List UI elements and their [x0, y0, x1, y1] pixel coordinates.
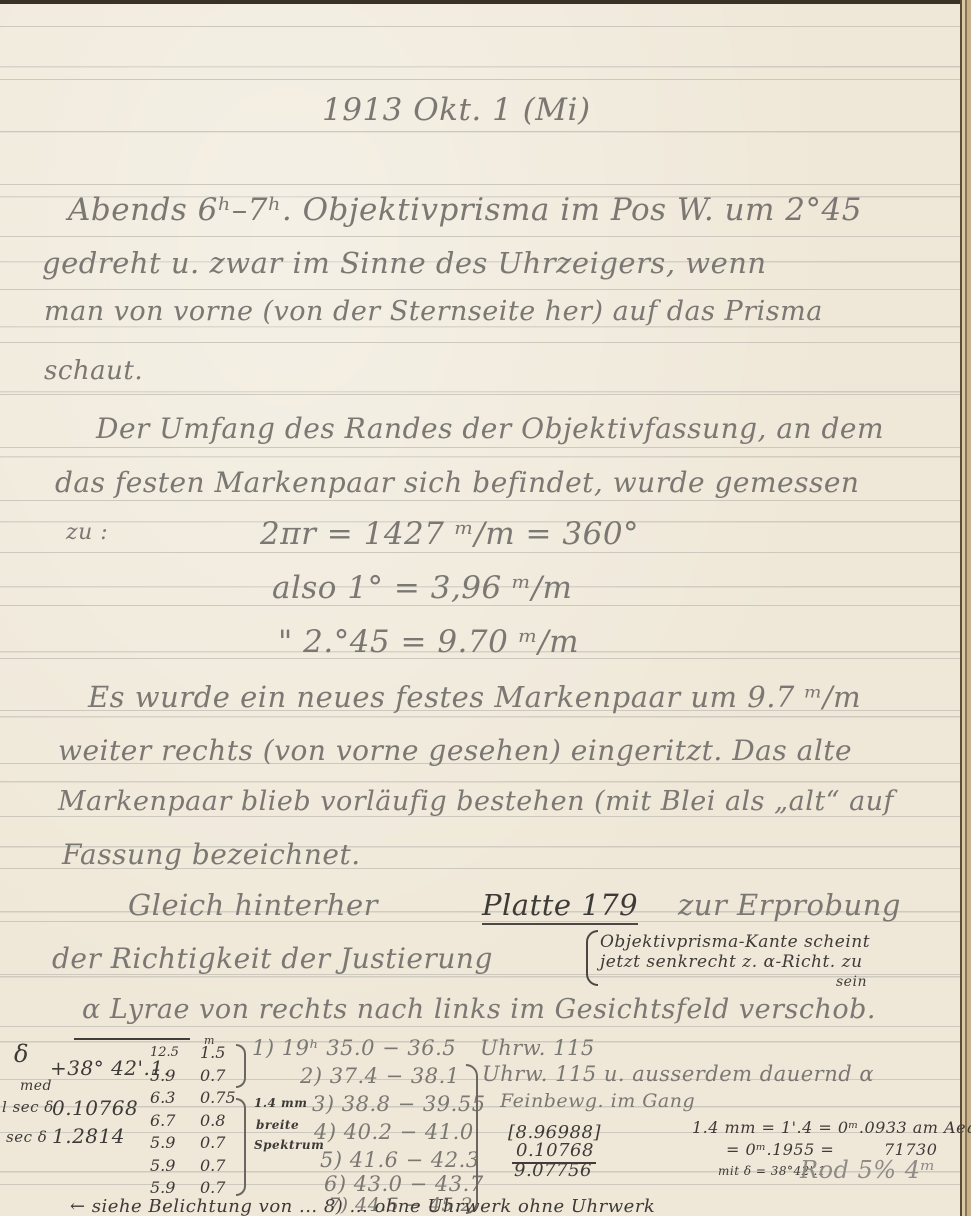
equation-rotation: " 2.°45 = 9.70 ᵐ/m	[278, 624, 579, 660]
p2-line-2: das festen Markenpaar sich befindet, wur…	[55, 466, 859, 499]
col-a-value: 6.3	[150, 1087, 179, 1110]
p3-line-1: Es wurde ein neues festes Markenpaar um …	[88, 680, 861, 714]
ruled-line	[0, 342, 960, 343]
log-sum-3: 9.07756	[514, 1160, 592, 1181]
column-b: 1.5 0.7 0.75 0.8 0.7 0.7 0.7	[200, 1042, 236, 1200]
ruled-line	[0, 552, 960, 553]
spectrum-label-2: breite	[256, 1118, 299, 1132]
col-b-value: 0.7	[200, 1065, 236, 1088]
exposure-4: 4) 40.2 − 41.0	[314, 1120, 474, 1144]
ruled-line	[0, 79, 960, 80]
clock-note-3: Feinbewg. im Gang	[500, 1090, 695, 1112]
sec-label: sec δ	[6, 1128, 47, 1146]
exposure-1: 1) 19ʰ 35.0 − 36.5	[252, 1036, 456, 1060]
ruled-line	[0, 500, 960, 501]
lsec-value: 0.10768	[52, 1096, 138, 1120]
ruled-line	[0, 131, 960, 132]
lsec-label: l sec δ	[2, 1098, 54, 1116]
col-b-value: 0.75	[200, 1087, 236, 1110]
col-a-value: 12.5	[150, 1042, 179, 1065]
p3-line-4: Fassung bezeichnet.	[62, 838, 361, 871]
ruled-line	[0, 394, 960, 395]
separator-line	[74, 1038, 190, 1040]
bottom-line: ← siehe Belichtung von ... 8) ... ohne U…	[70, 1196, 655, 1216]
p4-line-1-suffix: zur Erprobung	[678, 888, 901, 922]
right-calc-5: Rod 5% 4ᵐ	[800, 1156, 936, 1184]
col-a-value: 5.9	[150, 1132, 179, 1155]
side-note-line-3: sein	[836, 974, 867, 990]
ruled-line	[0, 236, 960, 237]
p1-line-3: man von vorne (von der Sternseite her) a…	[44, 296, 823, 327]
side-note-line-1: Objektivprisma-Kante scheint	[600, 932, 870, 952]
p3-line-2: weiter rechts (von vorne gesehen) einger…	[58, 734, 852, 767]
ruled-line	[0, 1026, 960, 1027]
page-binding	[960, 0, 971, 1216]
ruled-line	[0, 184, 960, 185]
plate-number: Platte 179	[482, 888, 638, 925]
ruled-line	[0, 26, 960, 27]
brace-top	[236, 1044, 246, 1088]
exposures-brace	[466, 1064, 478, 1214]
clock-note-1: Uhrw. 115	[480, 1036, 595, 1060]
exposure-2: 2) 37.4 − 38.1	[300, 1064, 460, 1088]
col-a-value: 5.9	[150, 1065, 179, 1088]
col-b-value: 0.7	[200, 1155, 236, 1178]
p2-prefix: zu :	[66, 520, 108, 545]
ruled-line	[0, 289, 960, 290]
col-a-value: 5.9	[150, 1155, 179, 1178]
p3-line-3: Markenpaar blieb vorläufig bestehen (mit…	[58, 786, 894, 817]
col-b-value: 0.7	[200, 1132, 236, 1155]
exposure-6: 6) 43.0 − 43.7	[324, 1172, 484, 1196]
log-sum-2: 0.10768	[516, 1140, 594, 1161]
sec-value: 1.2814	[52, 1124, 125, 1148]
side-note-line-2: jetzt senkrecht z. α-Richt. zu	[600, 952, 863, 972]
p4-line-3: α Lyrae von rechts nach links im Gesicht…	[82, 994, 876, 1025]
p1-line-2: gedreht u. zwar im Sinne des Uhrzeigers,…	[42, 246, 767, 280]
brace-bottom	[236, 1098, 246, 1196]
p1-line-1: Abends 6ʰ–7ʰ. Objektivprisma im Pos W. u…	[68, 192, 862, 228]
delta-label: δ	[14, 1040, 29, 1068]
entry-date: 1913 Okt. 1 (Mi)	[322, 92, 591, 128]
equation-circumference: 2πr = 1427 ᵐ/m = 360°	[260, 516, 639, 552]
p2-line-1: Der Umfang des Randes der Objektivfassun…	[96, 412, 884, 445]
p4-line-1-prefix: Gleich hinterher	[128, 888, 378, 922]
col-a-value: 6.7	[150, 1110, 179, 1133]
delta-sub: med	[20, 1078, 52, 1094]
col-b-value: 0.8	[200, 1110, 236, 1133]
col-b-value: 1.5	[200, 1042, 236, 1065]
exposure-3: 3) 38.8 − 39.55	[312, 1092, 486, 1116]
notebook-page	[0, 4, 960, 1216]
p4-line-2: der Richtigkeit der Justierung	[52, 942, 493, 975]
column-a: 12.5 5.9 6.3 6.7 5.9 5.9 5.9	[150, 1042, 179, 1200]
exposure-5: 5) 41.6 − 42.3	[320, 1148, 480, 1172]
ruled-line	[0, 447, 960, 448]
right-calc-1: 1.4 mm = 1'.4 = 0ᵐ.0933 am Aeq.	[692, 1118, 971, 1137]
equation-per-degree: also 1° = 3,96 ᵐ/m	[272, 570, 572, 606]
clock-note-2: Uhrw. 115 u. ausserdem dauernd α	[482, 1062, 874, 1086]
spectrum-label-1: 1.4 mm	[254, 1096, 307, 1110]
p1-line-4: schaut.	[44, 356, 143, 386]
side-note-brace	[586, 930, 598, 986]
